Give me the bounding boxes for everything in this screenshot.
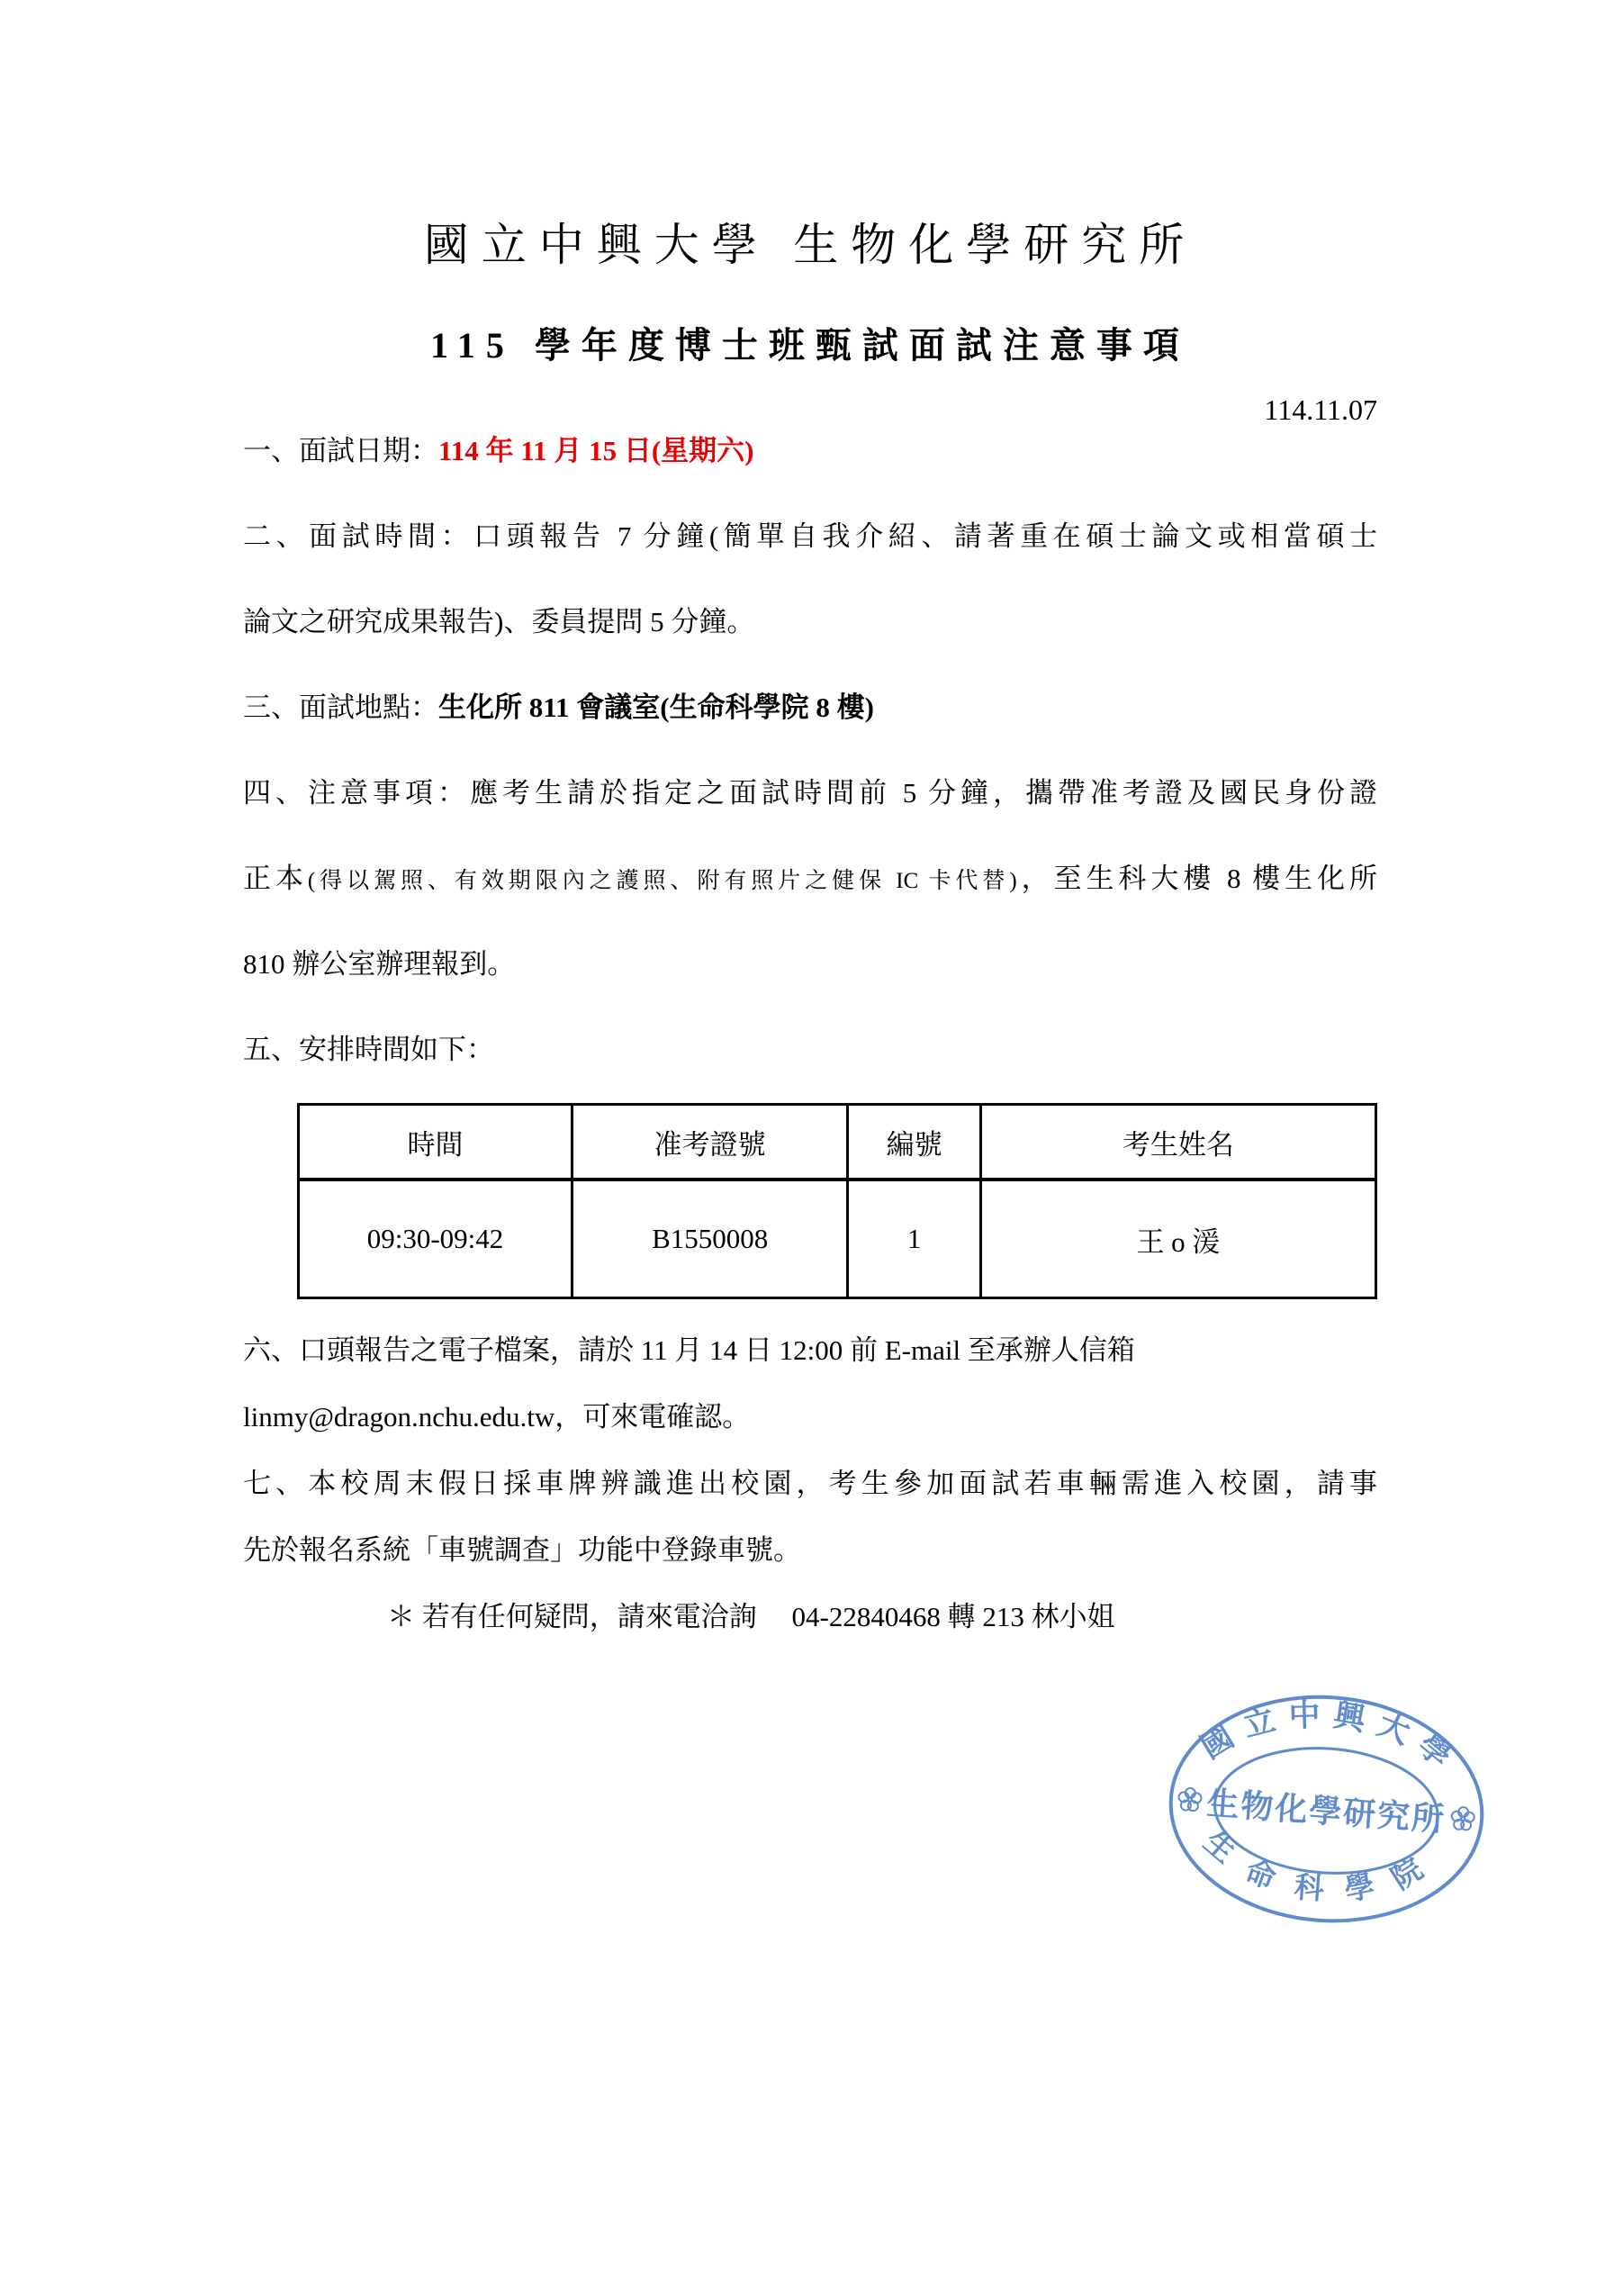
- schedule-data-row: 09:30-09:42 B1550008 1 王 o 湲: [299, 1180, 1376, 1298]
- header-time: 時間: [299, 1105, 573, 1180]
- item-1-date-value: 114 年 11 月 15 日(星期六): [438, 435, 753, 466]
- cell-time: 09:30-09:42: [299, 1180, 573, 1298]
- item-4-line-2: 正本(得以駕照、有效期限內之護照、附有照片之健保 IC 卡代替)，至生科大樓 8…: [243, 836, 1377, 921]
- item-4-id-alternatives: (得以駕照、有效期限內之護照、附有照片之健保 IC 卡代替): [308, 869, 1017, 893]
- page-subtitle: 115 學年度博士班甄試面試注意事項: [243, 321, 1377, 371]
- item-3-interview-location: 三、面試地點：生化所 811 會議室(生命科學院 8 樓): [243, 664, 1377, 750]
- schedule-table: 時間 准考證號 編號 考生姓名 09:30-09:42 B1550008 1 王…: [297, 1103, 1377, 1299]
- item-6-line-1: 六、口頭報告之電子檔案，請於 11 月 14 日 12:00 前 E-mail …: [243, 1317, 1377, 1384]
- document-content: 國立中興大學 生物化學研究所 115 學年度博士班甄試面試注意事項 114.11…: [243, 0, 1377, 1650]
- stamp-top-text-wrap: 國立中興大學: [1193, 1688, 1470, 1784]
- page-title: 國立中興大學 生物化學研究所: [243, 216, 1377, 274]
- document-page: 國立中興大學 生物化學研究所 115 學年度博士班甄試面試注意事項 114.11…: [0, 0, 1623, 2296]
- item-3-label: 三、面試地點：: [243, 692, 438, 723]
- cell-admission-number: B1550008: [572, 1180, 847, 1298]
- item-4-line-1: 四、注意事項：應考生請於指定之面試時間前 5 分鐘，攜帶准考證及國民身份證: [243, 750, 1377, 836]
- cell-serial-number: 1: [848, 1180, 981, 1298]
- item-3-location-value: 生化所 811 會議室(生命科學院 8 樓): [438, 692, 874, 723]
- stamp-top-text: 國立中興大學: [1193, 1688, 1470, 1784]
- item-5-schedule-intro: 五、安排時間如下：: [243, 1007, 1377, 1092]
- cell-candidate-name: 王 o 湲: [980, 1180, 1375, 1298]
- item-4-line-3: 810 辦公室辦理報到。: [243, 921, 1377, 1007]
- header-candidate-name: 考生姓名: [980, 1105, 1375, 1180]
- stamp-bottom-text-wrap: 生命科學院: [1194, 1823, 1450, 1914]
- items-section-lower: 六、口頭報告之電子檔案，請於 11 月 14 日 12:00 前 E-mail …: [243, 1317, 1377, 1650]
- stamp-center-text: 生物化學研究所: [1205, 1785, 1447, 1838]
- header-admission-number: 准考證號: [572, 1105, 847, 1180]
- item-2-line-1: 二、面試時間：口頭報告 7 分鐘(簡單自我介紹、請著重在碩士論文或相當碩士: [243, 493, 1377, 579]
- item-4-line-2-post: ，至生科大樓 8 樓生化所: [1017, 863, 1377, 894]
- plum-blossom-icon: [1178, 1787, 1203, 1812]
- items-section-upper: 一、面試日期：114 年 11 月 15 日(星期六) 二、面試時間：口頭報告 …: [243, 408, 1377, 1092]
- item-6-email-line: linmy@dragon.nchu.edu.tw，可來電確認。: [243, 1384, 1377, 1451]
- item-7-line-1: 七、本校周末假日採車牌辨識進出校園，考生參加面試若車輛需進入校園，請事: [243, 1451, 1377, 1517]
- item-1-interview-date: 一、面試日期：114 年 11 月 15 日(星期六): [243, 408, 1377, 493]
- item-1-label: 一、面試日期：: [243, 435, 438, 466]
- header-serial-number: 編號: [848, 1105, 981, 1180]
- official-stamp: 國立中興大學 生命科學院 生物化學研究所: [1151, 1677, 1501, 1952]
- plum-blossom-icon: [1451, 1806, 1475, 1830]
- contact-note: ＊ 若有任何疑問，請來電洽詢 04-22840468 轉 213 林小姐: [243, 1584, 1377, 1650]
- item-7-line-2: 先於報名系統「車號調查」功能中登錄車號。: [243, 1517, 1377, 1584]
- stamp-bottom-text: 生命科學院: [1194, 1823, 1450, 1914]
- item-4-line-2-pre: 正本: [243, 863, 308, 894]
- schedule-header-row: 時間 准考證號 編號 考生姓名: [299, 1105, 1376, 1180]
- item-2-line-2: 論文之研究成果報告)、委員提問 5 分鐘。: [243, 579, 1377, 664]
